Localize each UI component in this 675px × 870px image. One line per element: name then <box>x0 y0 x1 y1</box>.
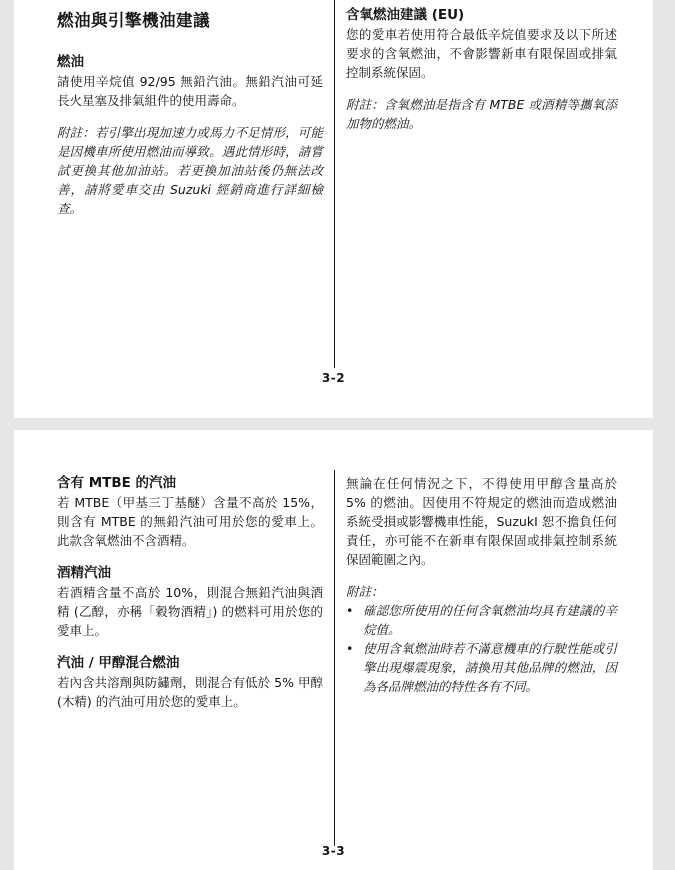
section-heading-alcohol: 酒精汽油 <box>57 564 323 582</box>
note-bullet-list: • 確認您所使用的任何含氧燃油均具有建議的辛烷值。 • 使用含氧燃油時若不滿意機… <box>346 601 617 696</box>
section-heading-methanol-blend: 汽油 / 甲醇混合燃油 <box>57 654 323 672</box>
page-3-2-right-column: 含氧燃油建議 (EU) 您的愛車若使用符合最低辛烷值要求及以下所述要求的含氧燃油… <box>346 6 617 133</box>
list-item: • 確認您所使用的任何含氧燃油均具有建議的辛烷值。 <box>346 601 617 639</box>
chapter-title: 燃油與引擎機油建議 <box>57 10 323 32</box>
note-bullet-octane: 確認您所使用的任何含氧燃油均具有建議的辛烷值。 <box>363 601 617 639</box>
paragraph-methanol-warning: 無論在任何情況之下，不得使用甲醇含量高於 5% 的燃油。因使用不符規定的燃油而造… <box>346 474 617 569</box>
paragraph-alcohol-body: 若酒精含量不高於 10%，則混合無鉛汽油與酒精 (乙醇，亦稱「穀物酒精」) 的燃… <box>57 583 323 640</box>
page-number-3-2: 3-2 <box>14 371 653 385</box>
page-3-3: 含有 MTBE 的汽油 若 MTBE（甲基三丁基醚）含量不高於 15%，則含有 … <box>14 430 653 870</box>
document-viewport: 燃油與引擎機油建議 燃油 請使用辛烷值 92/95 無鉛汽油。無鉛汽油可延長火星… <box>0 0 675 870</box>
bullet-icon: • <box>346 639 363 696</box>
section-heading-oxygenated-fuel: 含氧燃油建議 (EU) <box>346 6 617 24</box>
section-heading-mtbe: 含有 MTBE 的汽油 <box>57 474 323 492</box>
page-number-3-3: 3-3 <box>14 844 653 858</box>
paragraph-oxygenated-body: 您的愛車若使用符合最低辛烷值要求及以下所述要求的含氧燃油，不會影響新車有限保固或… <box>346 25 617 82</box>
list-item: • 使用含氧燃油時若不滿意機車的行駛性能或引擎出現爆震現象，請換用其他品牌的燃油… <box>346 639 617 696</box>
note-bullet-brand: 使用含氧燃油時若不滿意機車的行駛性能或引擎出現爆震現象，請換用其他品牌的燃油，因… <box>363 639 617 696</box>
page-3-2-left-column: 燃油與引擎機油建議 燃油 請使用辛烷值 92/95 無鉛汽油。無鉛汽油可延長火星… <box>57 6 323 218</box>
paragraph-methanol-body: 若內含共溶劑與防鏽劑，則混合有低於 5% 甲醇 (木精) 的汽油可用於您的愛車上… <box>57 673 323 711</box>
note-oxygenated: 附註：含氧燃油是指含有 MTBE 或酒精等攜氧添加物的燃油。 <box>346 95 617 133</box>
note-label: 附註： <box>346 582 617 601</box>
page-3-2: 燃油與引擎機油建議 燃油 請使用辛烷值 92/95 無鉛汽油。無鉛汽油可延長火星… <box>14 0 653 418</box>
page-3-3-right-column: 無論在任何情況之下，不得使用甲醇含量高於 5% 的燃油。因使用不符規定的燃油而造… <box>346 474 617 696</box>
page-3-3-left-column: 含有 MTBE 的汽油 若 MTBE（甲基三丁基醚）含量不高於 15%，則含有 … <box>57 474 323 711</box>
note-fuel: 附註：若引擎出現加速力或馬力不足情形，可能是因機車所使用燃油而導致。遇此情形時，… <box>57 123 323 218</box>
section-heading-fuel: 燃油 <box>57 53 323 71</box>
bullet-icon: • <box>346 601 363 639</box>
column-divider <box>334 470 335 846</box>
paragraph-mtbe-body: 若 MTBE（甲基三丁基醚）含量不高於 15%，則含有 MTBE 的無鉛汽油可用… <box>57 493 323 550</box>
paragraph-fuel-body: 請使用辛烷值 92/95 無鉛汽油。無鉛汽油可延長火星塞及排氣組件的使用壽命。 <box>57 72 323 110</box>
column-divider <box>334 0 335 368</box>
